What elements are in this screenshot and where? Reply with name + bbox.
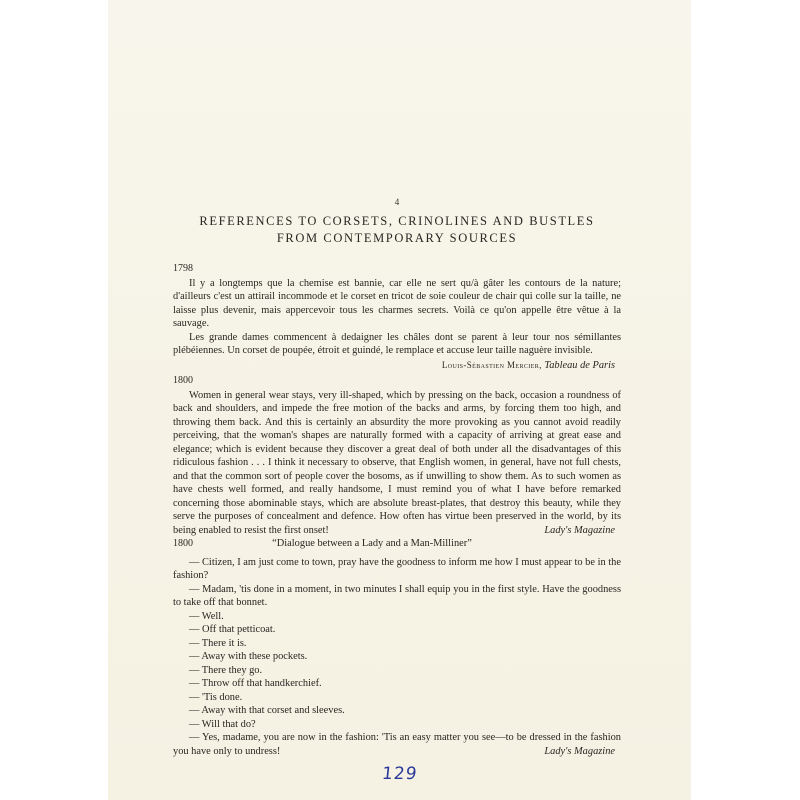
dialogue-line: — Citizen, I am just come to town, pray … <box>173 556 621 583</box>
dialogue-line: — There it is. <box>173 637 621 651</box>
dialogue-heading: “Dialogue between a Lady and a Man-Milli… <box>233 537 621 551</box>
source-title: Tableau de Paris <box>544 360 615 371</box>
dialogue-line: — Will that do? <box>173 718 621 732</box>
paragraph: Les grande dames commencent à dedaigner … <box>173 331 621 358</box>
dialogue-line: — There they go. <box>173 664 621 678</box>
title-line-2: FROM CONTEMPORARY SOURCES <box>168 230 626 247</box>
dialogue-line: — Madam, 'tis done in a moment, in two m… <box>173 583 621 610</box>
scanned-page: 4 REFERENCES TO CORSETS, CRINOLINES AND … <box>108 0 691 800</box>
chapter-number: 4 <box>173 196 621 210</box>
paragraph-text: Women in general wear stays, very ill-sh… <box>173 390 621 536</box>
chapter-title: REFERENCES TO CORSETS, CRINOLINES AND BU… <box>168 213 626 247</box>
section-1800-dialogue: 1800 “Dialogue between a Lady and a Man-… <box>173 537 621 758</box>
source-title: Lady's Magazine <box>528 524 621 538</box>
dialogue-line: — Yes, madame, you are now in the fashio… <box>173 731 621 758</box>
attribution: Louis-Sébastien Mercier, Tableau de Pari… <box>173 359 621 373</box>
dialogue-lines: — Citizen, I am just come to town, pray … <box>173 556 621 759</box>
dialogue-line: — Away with these pockets. <box>173 650 621 664</box>
section-1798: 1798 Il y a longtemps que la chemise est… <box>173 262 621 372</box>
paragraph: Women in general wear stays, very ill-sh… <box>173 389 621 538</box>
section-year: 1800 <box>173 537 233 551</box>
source-title: Lady's Magazine <box>528 745 621 759</box>
dialogue-line: — Away with that corset and sleeves. <box>173 704 621 718</box>
dialogue-line: — 'Tis done. <box>173 691 621 705</box>
dialogue-line: — Throw off that handkerchief. <box>173 677 621 691</box>
handwritten-page-number: 129 <box>381 764 419 784</box>
section-year: 1800 <box>173 374 621 388</box>
author-name: Louis-Sébastien Mercier, <box>442 360 542 370</box>
section-1800-prose: 1800 Women in general wear stays, very i… <box>173 374 621 537</box>
paragraph: Il y a longtemps que la chemise est bann… <box>173 277 621 331</box>
dialogue-line: — Well. <box>173 610 621 624</box>
section-year: 1798 <box>173 262 621 276</box>
section-header: 1800 “Dialogue between a Lady and a Man-… <box>173 537 621 551</box>
title-line-1: REFERENCES TO CORSETS, CRINOLINES AND BU… <box>168 213 626 230</box>
dialogue-line: — Off that petticoat. <box>173 623 621 637</box>
